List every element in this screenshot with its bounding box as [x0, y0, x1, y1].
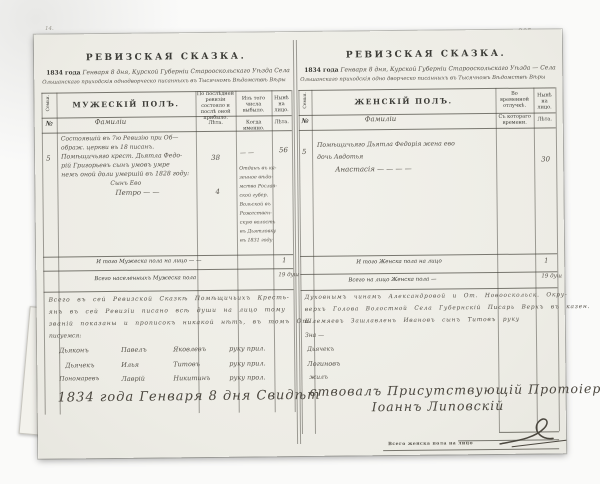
left-table-rule	[41, 90, 291, 94]
right-table-rule	[495, 88, 500, 432]
right-entry-line: Помѣщичьяго Дьятла Федорія жена ево	[317, 140, 455, 148]
left-province-handwritten: Курской Губерніи Старооскольскаго Уѣзда …	[132, 67, 290, 76]
footer-strip-text: Всего женска пола на лицо	[388, 441, 473, 447]
left-year-printed: 1834 года	[46, 69, 80, 76]
right-subcol-number: №	[299, 117, 312, 125]
right-margin-word: Зна —	[305, 332, 324, 339]
right-col-family: Семьи.	[303, 88, 308, 112]
signature-note: руку прол.	[229, 373, 265, 381]
attestor-signature-name: Іоаннъ Липовскій	[372, 398, 505, 414]
left-attestation-line: писуемся:	[49, 332, 82, 339]
left-table-rule	[43, 254, 293, 258]
right-subcol-families: Фамиліи	[365, 115, 397, 123]
right-table-rule	[300, 287, 557, 291]
left-col-present: Нынѣ на лицо.	[272, 96, 290, 114]
right-margin-word: Дьячекъ	[307, 346, 334, 353]
left-table-rule	[43, 268, 293, 272]
left-subcol-age2: Лѣта.	[273, 120, 291, 126]
left-departed-note: Отданъ въ ка-	[239, 166, 276, 171]
left-col-male-sex: МУЖЕСКІЙ ПОЛЪ.	[56, 99, 195, 109]
left-departed-note: зенное вѣдо-	[239, 175, 273, 180]
right-entry-line: дочь Авдотья	[317, 153, 363, 160]
attestor-signature-line: ствовалъ Присутствующій Протоіерей	[309, 381, 600, 399]
right-col-female-sex: ЖЕНСКІЙ ПОЛЪ.	[311, 96, 495, 107]
left-date-handwritten: Генваря 8 дня,	[82, 69, 130, 76]
right-date-handwritten: Генваря 8 дня,	[340, 66, 388, 73]
signature-note: руку прил.	[229, 359, 265, 367]
left-entry-line: Петро — —	[115, 188, 159, 196]
right-table-rule	[555, 87, 560, 431]
signature-name: Лаврій	[121, 375, 145, 383]
right-subcol-age: Лѣта.	[535, 117, 555, 123]
left-date-attestation-line: 1834 года Генваря 8 дня Свидѣт	[58, 388, 321, 406]
right-subtitle-line2: Ольшанскаго приходскія одно дворческо пи…	[300, 74, 545, 83]
right-age-value: 30	[541, 155, 550, 163]
left-departed-note: Рожествен-	[240, 211, 272, 216]
left-subcol-number: №	[42, 120, 57, 128]
right-attestation-line: Духовнымъ чинамъ Александровой и От. Нов…	[305, 292, 568, 301]
left-attestation-line: званій показаны и прописокъ никакой нѣтъ…	[49, 318, 312, 328]
signature-name: Илья	[121, 361, 139, 369]
right-table-rule	[299, 127, 556, 131]
left-intro-line: ображ. церкви въ 18 писанъ.	[61, 144, 154, 152]
left-family-number: 5	[46, 155, 51, 163]
left-entry-line: немъ оной доли умершій въ 1828 году:	[61, 170, 189, 178]
right-subtitle-line1: 1834 года Генваря 8 дня, Курской Губерні…	[304, 64, 556, 74]
left-total-value: 1	[282, 256, 286, 264]
right-margin-word: жилъ	[309, 374, 328, 381]
right-margin-word: Логиновъ	[307, 360, 340, 368]
left-attestation-line: янъ въ сей Ревизіи писано всѣ души на ли…	[49, 306, 286, 315]
left-table-rule	[271, 90, 275, 412]
corner-mark: 14.	[45, 26, 54, 32]
left-subcol-families: Фамиліи	[95, 118, 127, 126]
left-table-rule	[43, 289, 293, 293]
right-page-title: РЕВИЗСКАЯ СКАЗКА.	[326, 49, 526, 61]
right-col-present: Нынѣ на лицо.	[534, 93, 554, 111]
left-age-value: 38	[211, 154, 220, 162]
left-entry-line: рій Григорьевъ сынъ умовъ умре	[61, 161, 170, 169]
right-entry-line: Анастасія — — — —	[335, 165, 412, 174]
left-age-value: 4	[215, 188, 220, 196]
left-present-age-value: 56	[279, 146, 288, 154]
right-col-absence: Во временной отлучкѣ.	[496, 92, 532, 110]
signature-name: Павелъ	[121, 346, 147, 354]
signature-surname: Никитинъ	[173, 374, 210, 382]
signature-rank: Пономаревъ	[59, 375, 99, 382]
left-departed-note: мство Рослав-	[239, 184, 277, 189]
right-grand-value: 19 душ	[541, 273, 562, 279]
revision-list-spread: РЕВИЗСКАЯ СКАЗКА. 1834 года Генваря 8 дн…	[34, 29, 566, 459]
scanned-document: 14. 205. РЕВИЗСКАЯ СКАЗКА. 1834 года Ген…	[0, 0, 600, 484]
left-subtitle-line2: Ольшанскаго приходскія однодворческо пис…	[42, 77, 285, 86]
signature-rank: Дьячекъ	[65, 361, 94, 369]
right-table-rule	[300, 271, 557, 275]
signature-flourish-icon	[496, 413, 570, 452]
right-table-rule	[311, 90, 316, 434]
left-subtitle-line1: 1834 года Генваря 8 дня, Курской Губерні…	[46, 67, 290, 77]
left-departed-note: Вольской въ	[240, 202, 271, 207]
left-col-last-revision: По послѣдней ревизіи состояло и послѣ он…	[196, 92, 234, 122]
right-table-rule	[533, 88, 538, 432]
left-row-dashes: — —	[240, 149, 254, 156]
left-col-departed: Изъ того числа выбыло.	[236, 96, 270, 114]
left-intro-line: Состоявшій въ 7ю Ревизію при Об—	[61, 134, 179, 142]
left-departed-note: въ Дьятловку	[240, 229, 276, 234]
signature-rank: Дьяконъ	[59, 346, 89, 354]
right-year-printed: 1834 года	[304, 67, 338, 74]
left-departed-note: въ 1831 году	[240, 238, 272, 243]
signature-note: руку прил.	[229, 344, 265, 352]
right-total-value: 1	[544, 256, 548, 264]
left-departed-note: ской губер.	[239, 193, 268, 198]
right-attestation-line: верхъ Голова Волостной Села Губернскій П…	[305, 304, 591, 313]
left-table-rule	[42, 115, 292, 119]
left-page-title: РЕВИЗСКАЯ СКАЗКА.	[66, 51, 266, 63]
left-grand-value: 19 душ	[278, 272, 299, 278]
left-subcol-when: Когда именно.	[237, 120, 271, 132]
right-attestation-line: Шлемяевъ Зашлавленъ Ивановъ сынъ Титовъ …	[305, 317, 520, 325]
left-departed-note: скую волость	[240, 220, 276, 225]
signature-surname: Яковлевъ	[173, 345, 206, 353]
left-entry-line: Помѣщичьяго крест. Дьятла Федо-	[61, 152, 182, 160]
left-attestation-line: Всего въ сей Ревизской Сказкѣ Помѣщичьих…	[49, 294, 290, 304]
right-family-number: 5	[302, 148, 307, 156]
right-grand-line: Всего на лицо Женска пола —	[348, 277, 436, 284]
left-col-family: Семьи.	[46, 91, 51, 115]
right-subcol-since: Съ котораго времени.	[497, 115, 533, 127]
right-table-rule	[300, 253, 557, 257]
right-total-line: И того Женска пола на лицо	[356, 259, 442, 266]
left-table-rule	[41, 93, 45, 415]
left-subcol-age1: Лѣта.	[197, 121, 235, 127]
left-entry-line: Сынъ Ево	[110, 180, 141, 187]
left-grand-line: Всего населенныхъ Мужеска пола	[94, 275, 196, 282]
right-province-handwritten: Курской Губерніи Старооскольскаго Уѣзда …	[390, 64, 556, 73]
signature-surname: Титовъ	[173, 360, 200, 368]
left-total-line: И того Мужеска пола на лицо — —	[96, 258, 201, 265]
